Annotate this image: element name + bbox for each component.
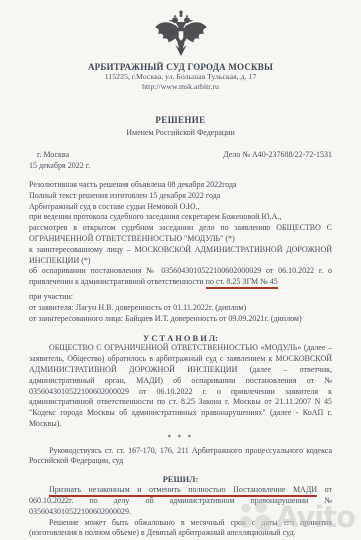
case-city: г. Москва xyxy=(29,150,69,159)
appeal-notice: Решение может быть обжаловано в месячный… xyxy=(29,518,332,540)
participants-label: при участии: xyxy=(29,292,332,303)
case-number: Дело № А40-237688/22-72-1531 xyxy=(223,150,332,159)
document-header: АРБИТРАЖНЫЙ СУД ГОРОДА МОСКВЫ 115225, г.… xyxy=(0,10,361,92)
court-address: 115225, г.Москва, ул. Большая Тульская, … xyxy=(0,72,361,82)
participant-respondent: от заинтересованного лица: Байцаев И.Т. … xyxy=(29,314,332,325)
reshil-section: Признать незаконным и отменить полностью… xyxy=(29,485,332,539)
intro-section: Резолютивная часть решения объявлена 08 … xyxy=(29,180,332,324)
court-decision-document: АРБИТРАЖНЫЙ СУД ГОРОДА МОСКВЫ 115225, г.… xyxy=(0,0,361,540)
russia-coat-of-arms-emblem xyxy=(152,10,210,58)
decision-title: РЕШЕНИЕ xyxy=(0,115,361,125)
reshil-ruling: Признать незаконным и отменить полностью… xyxy=(29,485,332,517)
ustanovil-closing: Руководствуясь ст. ст. 167-170, 176, 211… xyxy=(29,446,332,468)
intro-line-respondent: к заинтересованному лицу – МОСКОВСКОЙ АД… xyxy=(29,245,332,267)
intro-line-contested-resolution: об оспаривании постановления № 035604301… xyxy=(29,266,332,288)
red-underlined-article: по ст. 8.25 ЗГМ № 45 xyxy=(206,277,278,289)
ustanovil-section: ОБЩЕСТВО С ОГРАНИЧЕННОЙ ОТВЕТСТВЕННОСТЬЮ… xyxy=(29,343,332,467)
ustanovil-paragraph: ОБЩЕСТВО С ОГРАНИЧЕННОЙ ОТВЕТСТВЕННОСТЬЮ… xyxy=(29,343,332,429)
reshil-heading: РЕШИЛ: xyxy=(0,475,361,484)
decision-date: 15 декабря 2022 г. xyxy=(29,161,332,170)
contested-resolution-text: об оспаривании постановления № 035604301… xyxy=(29,266,332,286)
participant-applicant: от заявителя: Лагун Н.В. доверенность от… xyxy=(29,303,332,314)
case-meta-row: г. Москва Дело № А40-237688/22-72-1531 xyxy=(29,150,332,159)
intro-line-judge: Арбитражный суд в составе судьи Немовой … xyxy=(29,202,332,213)
red-underlined-ruling: Признать незаконным и отменить полностью… xyxy=(49,485,317,497)
court-website: http://www.msk.arbitr.ru xyxy=(0,82,361,92)
intro-line-resolution-announced: Резолютивная часть решения объявлена 08 … xyxy=(29,180,332,191)
intro-line-full-text-made: Полный текст решения изготовлен 15 декаб… xyxy=(29,191,332,202)
asterisk-separator: * * * xyxy=(29,433,332,444)
intro-line-applicant: рассмотрев в открытом судебном заседании… xyxy=(29,223,332,245)
ustanovil-heading: У С Т А Н О В И Л: xyxy=(0,334,361,343)
court-name: АРБИТРАЖНЫЙ СУД ГОРОДА МОСКВЫ xyxy=(0,62,361,72)
intro-line-secretary: при ведении протокола судебного заседани… xyxy=(29,212,332,223)
decision-subtitle: Именем Российской Федерации xyxy=(0,128,361,137)
